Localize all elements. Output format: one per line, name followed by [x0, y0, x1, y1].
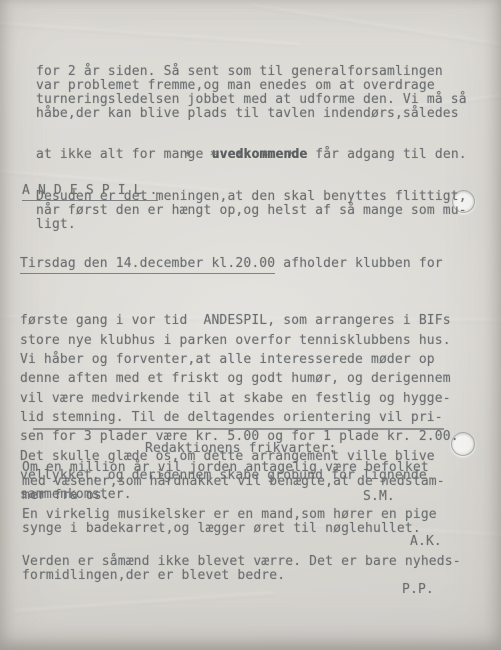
- joke-3: Verden er såmænd ikke blevet værre. Det …: [22, 555, 461, 583]
- divider-line: [33, 428, 444, 430]
- joke-2: En virkelig musikelsker er en mand,som h…: [22, 508, 437, 536]
- intro-text-upper: for 2 år siden. Så sent som til generalf…: [36, 65, 467, 121]
- intro-overstruck-post: får adgang til den.: [307, 147, 467, 162]
- stars-separator: * * * * *: [184, 149, 294, 164]
- editor-section-title: Redaktionens frikvarter:: [145, 441, 336, 456]
- event-first-line: Tirsdag den 14.december kl.20.00 afholde…: [20, 254, 459, 273]
- joke-3-signature: P.P.: [402, 582, 434, 597]
- section-heading-text: A N D E S P I L .: [22, 183, 158, 201]
- paper-crease: [15, 592, 275, 613]
- joke-1-signature: S.M.: [363, 489, 395, 504]
- section-heading-andespil: A N D E S P I L .: [22, 183, 158, 198]
- event-date-underlined: Tirsdag den 14.december kl.20.00: [20, 256, 275, 274]
- scanned-newsletter-page: for 2 år siden. Så sent som til generalf…: [0, 0, 501, 650]
- event-lead-rest: afholder klubben for: [275, 256, 443, 271]
- joke-2-signature: A.K.: [410, 534, 442, 549]
